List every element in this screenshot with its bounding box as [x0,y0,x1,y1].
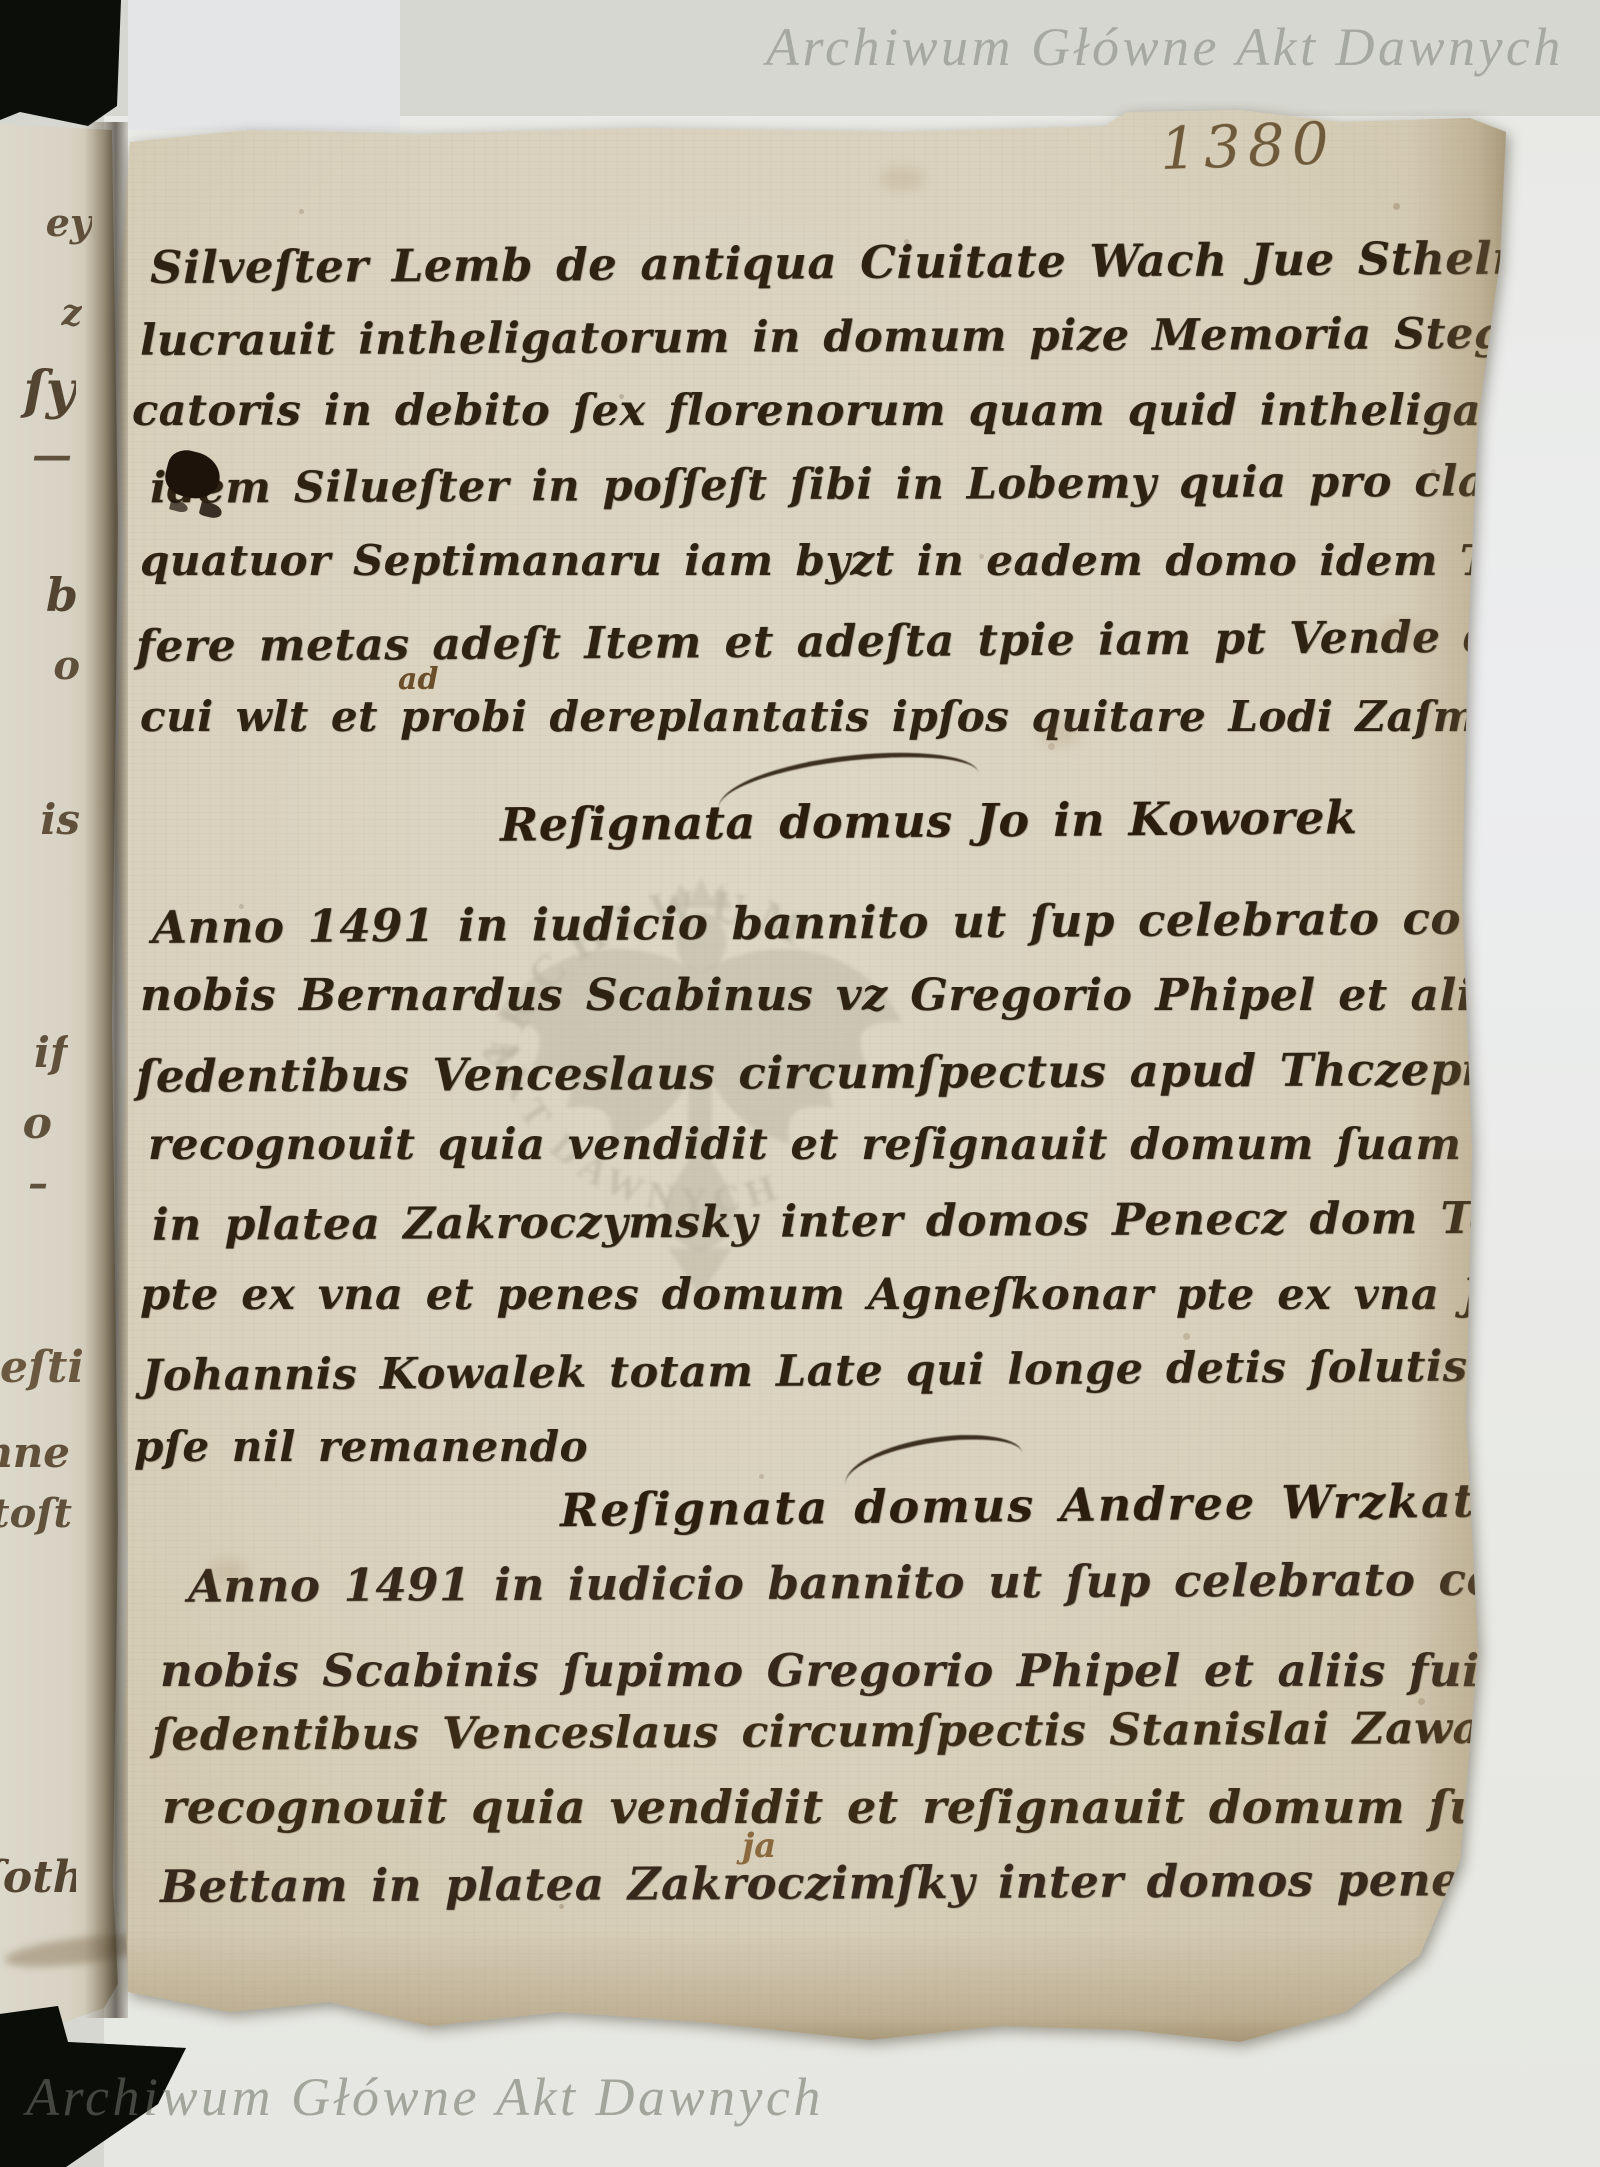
manuscript-line: idem Silueſter in poſſeſt ſibi in Lobemy… [150,456,1598,514]
archive-watermark-top: Archiwum Główne Akt Dawnych [766,16,1564,78]
manuscript-line: nobis Scabinis ſupimo Gregorio Phipel et… [160,1644,1501,1697]
calligraphic-swash [840,1426,1023,1486]
interlinear-correction: ja [742,1826,776,1866]
manuscript-line: Bettam in platea Zakroczimſky inter domo… [160,1852,1600,1913]
manuscript-line: recognouit quia vendidit et reſignauit d… [148,1120,1600,1170]
manuscript-line: nobis Bernardus Scabinus vz Gregorio Phi… [140,970,1600,1021]
page-edge-shading-bottom [128,1930,1458,2042]
page-edge-shading-right [1408,118,1508,1998]
manuscript-line: fere metas adeſt Item et adeſta tpie iam… [136,611,1600,673]
manuscript-sheet-wrap: ARCHIWUM AKT DAWNYCH 1380 Silveſter Lemb… [0,0,1600,2167]
entry-heading: Reſignata domus Andree Wrzkatorz [560,1473,1564,1538]
foxing-spot [1040,720,1080,746]
manuscript-line: pte ex vna et penes domum Agneſkonar pte… [140,1270,1600,1320]
interlinear-correction: ad [398,662,438,697]
stamp-arc-text-top: ARCHIWUM [468,879,824,1081]
manuscript-line: Anno 1491 in iudicio bannito ut ſup cele… [188,1552,1599,1612]
svg-text:AKT DAWNYCH: AKT DAWNYCH [483,1033,789,1222]
paper-speckles [0,0,3,3]
ink-blot [161,446,225,504]
manuscript-line: Silveſter Lemb de antiqua Ciuitate Wach … [150,231,1594,294]
manuscript-line: recognouit quia vendidit et reſignauit d… [162,1780,1562,1834]
stamp-arc-text-bottom: AKT DAWNYCH [483,1033,789,1222]
manuscript-line: Johannis Kowalek totam Late qui longe de… [142,1341,1600,1401]
manuscript-line: in platea Zakroczymsky inter domos Penec… [152,1192,1600,1251]
manuscript-line: quatuor Septimanaru iam byzt in eadem do… [140,536,1600,585]
foxing-spot [210,1560,246,1584]
eagle-emblem-icon [498,878,902,1296]
archive-stamp-watermark: ARCHIWUM AKT DAWNYCH [420,760,980,1320]
manuscript-line: catoris in debito ſex florenorum quam qu… [132,386,1600,436]
folio-number: 1380 [1159,109,1337,183]
foxing-spot [880,168,924,190]
svg-text:ARCHIWUM: ARCHIWUM [468,879,824,1081]
entry-heading: Reſignata domus Jo in Koworek [500,790,1358,851]
calligraphic-swash [715,742,980,808]
scanned-manuscript-page: ey z ſy — b o is if o – eſti nne toſt ſo… [0,0,1600,2167]
manuscript-line: pſe nil remanendo [134,1422,588,1471]
manuscript-line: ſedentibus Venceslaus circumſpectis Stan… [152,1702,1600,1761]
manuscript-line: cui wlt et probi dereplantatis ipſos qui… [140,692,1538,741]
manuscript-line: lucrauit intheligatorum in domum pize Me… [140,308,1600,366]
manuscript-line: ſedentibus Venceslaus circumſpectus apud… [136,1042,1598,1103]
foxing-spot [1380,620,1426,650]
archive-watermark-bottom: Archiwum Główne Akt Dawnych [26,2066,824,2128]
manuscript-sheet: ARCHIWUM AKT DAWNYCH 1380 Silveſter Lemb… [0,0,1600,2167]
manuscript-line: Anno 1491 in iudicio bannito ut ſup cele… [152,891,1563,954]
